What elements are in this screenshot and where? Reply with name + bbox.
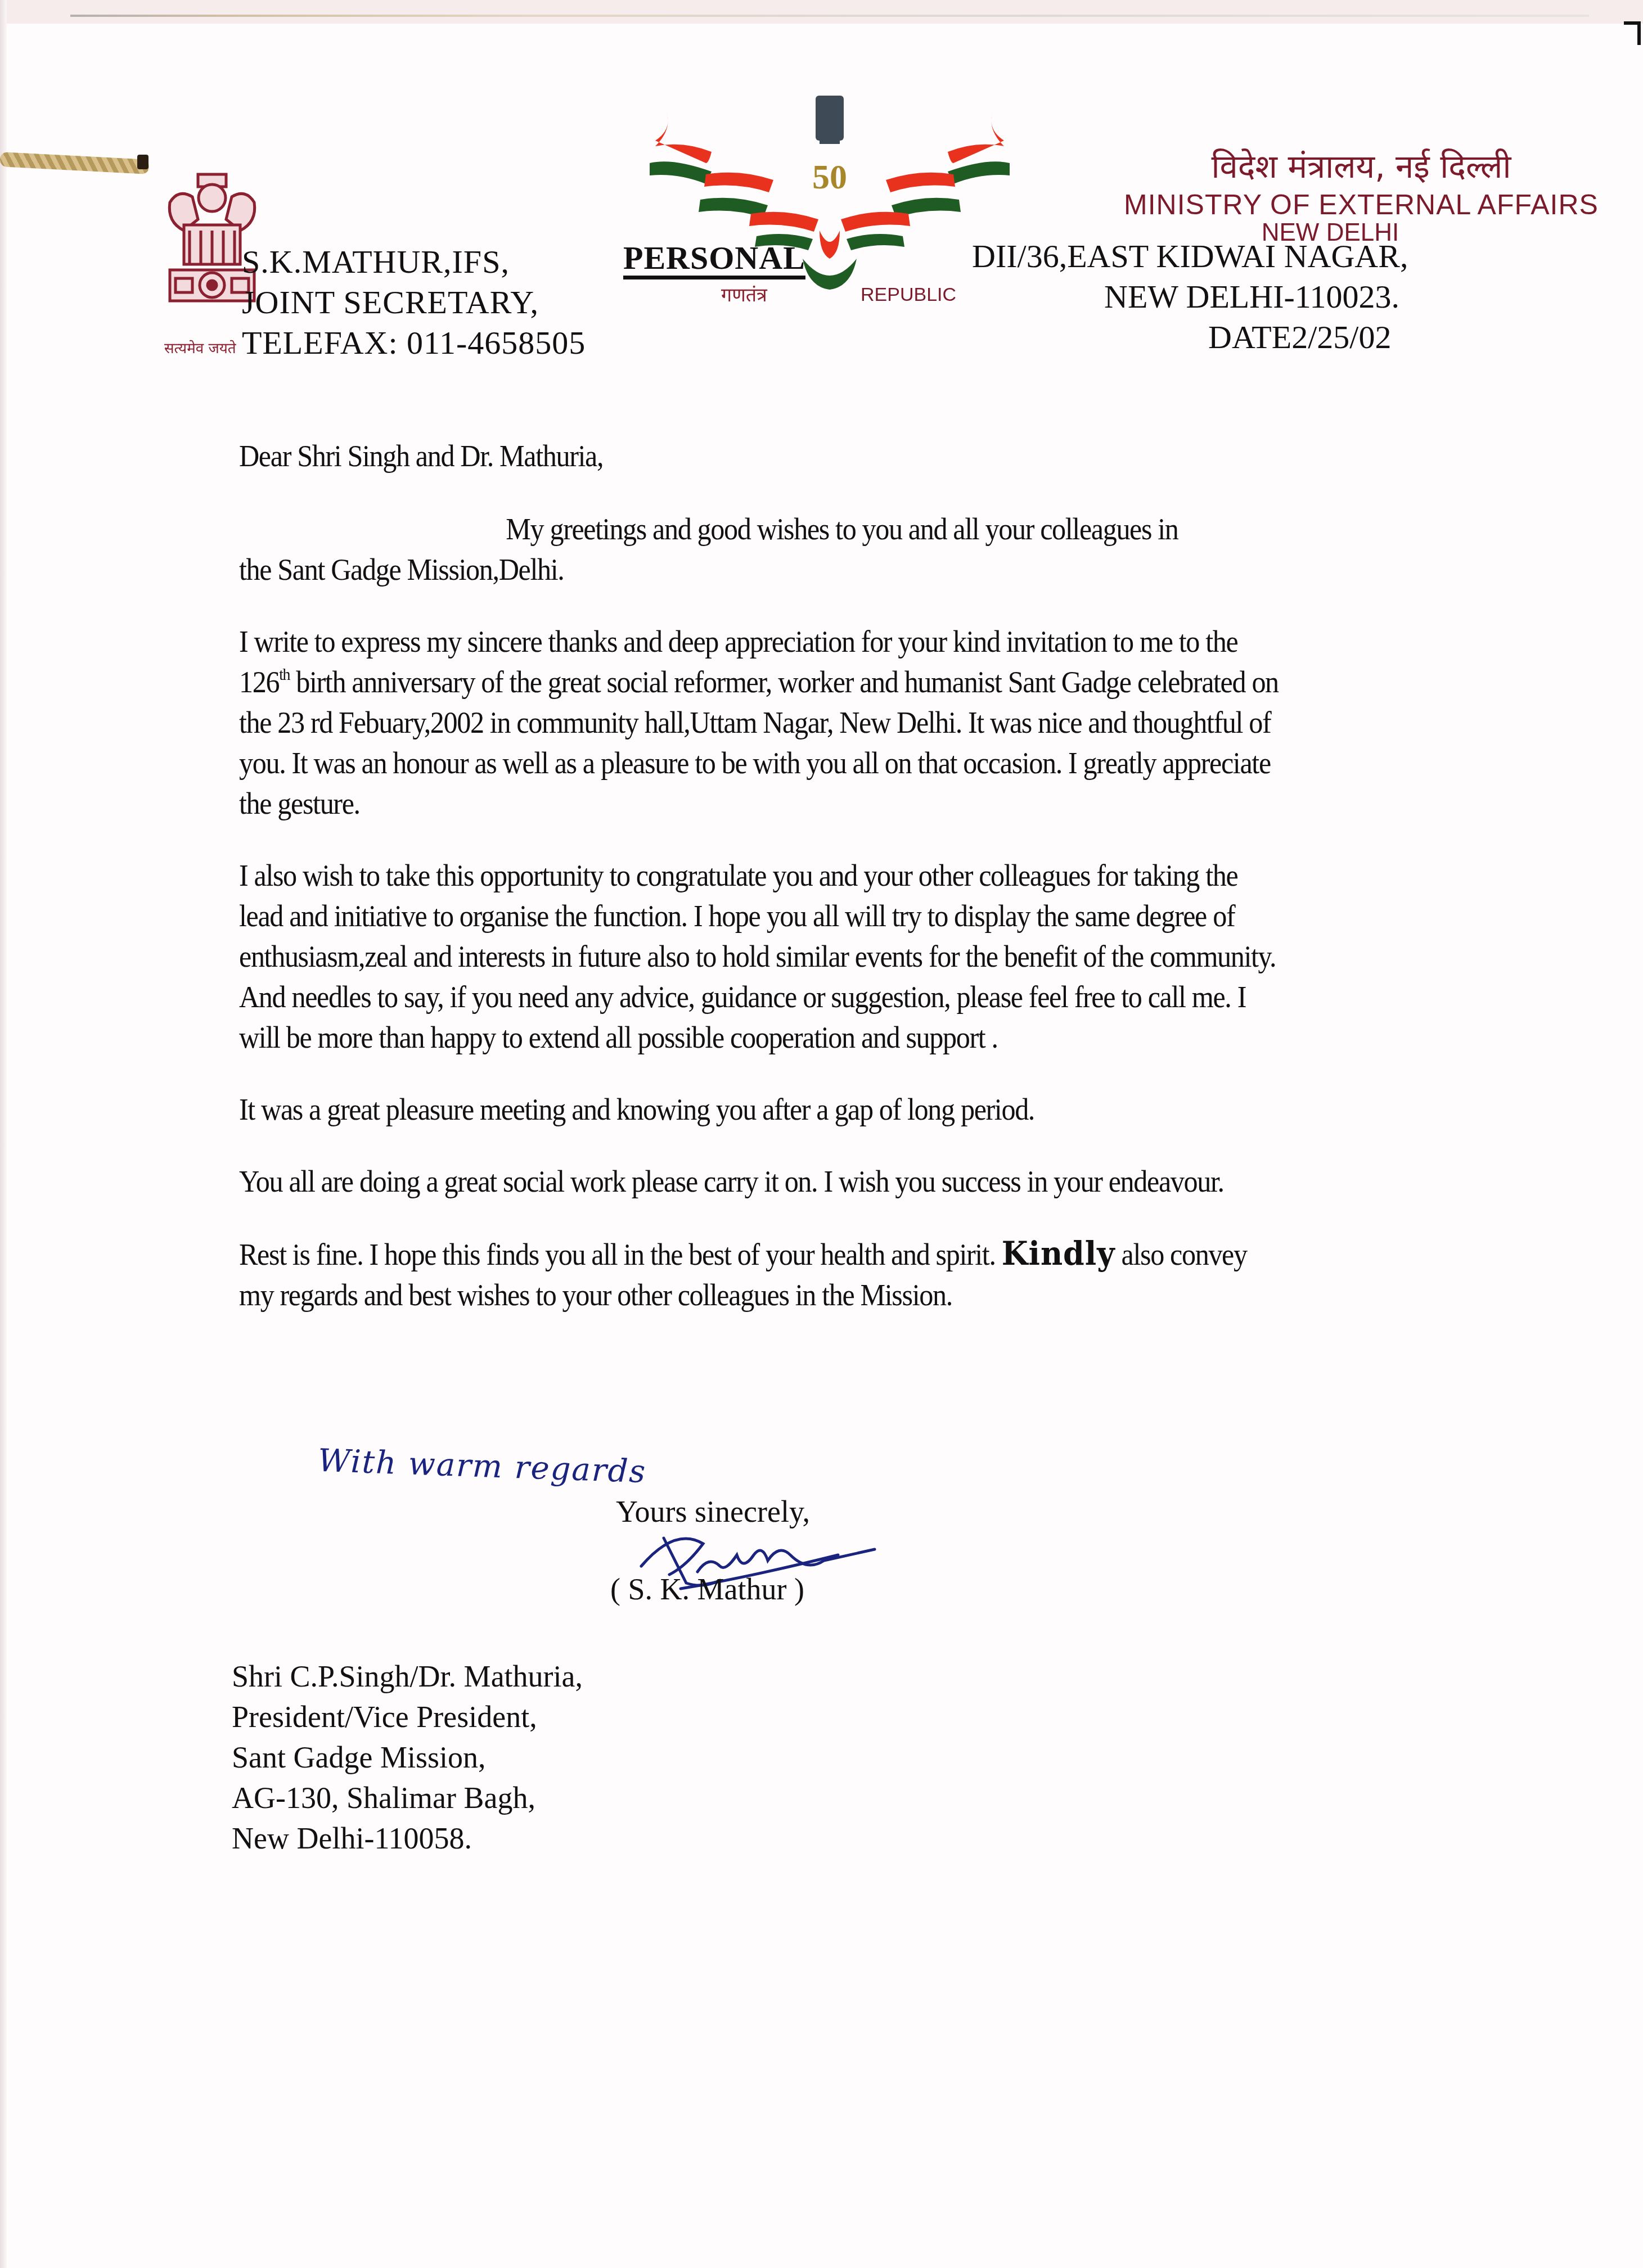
paragraph-closing: Rest is fine. I hope this finds you all …: [239, 1233, 1285, 1315]
logo-hindi-label: गणतंत्र: [721, 281, 767, 307]
ministry-english: MINISTRY OF EXTERNAL AFFAIRS: [1117, 188, 1606, 222]
letter-page: सत्यमेव जयते S.K.MATHUR,IFS, JOINT SECRE…: [0, 0, 1643, 2268]
recipient-line3: Sant Gadge Mission,: [232, 1737, 583, 1778]
para5-text-a: Rest is fine. I hope this finds you all …: [239, 1238, 1002, 1271]
sender-address-line1: DII/36,EAST KIDWAI NAGAR,: [972, 236, 1408, 277]
letter-body: Dear Shri Singh and Dr. Mathuria, My gre…: [239, 436, 1285, 1347]
sender-block: S.K.MATHUR,IFS, JOINT SECRETARY, TELEFAX…: [242, 242, 586, 363]
paragraph-thanks: I write to express my sincere thanks and…: [239, 621, 1285, 824]
logo-english-label: REPUBLIC: [861, 284, 956, 306]
paragraph-congratulations: I also wish to take this opportunity to …: [239, 855, 1285, 1058]
emblem-motto: सत्यमेव जयते: [164, 337, 236, 358]
paper-left-edge: [0, 0, 7, 2268]
greeting-line1: My greetings and good wishes to you and …: [239, 512, 1178, 546]
signer-name: ( S. K. Mathur ): [610, 1569, 804, 1609]
recipient-address: Shri C.P.Singh/Dr. Mathuria, President/V…: [232, 1656, 583, 1859]
kindly-emphasis: Kindly: [1002, 1234, 1115, 1273]
paper-fold-line: [70, 15, 1589, 17]
recipient-line4: AG-130, Shalimar Bagh,: [232, 1778, 583, 1818]
paper-top-fold: [0, 0, 1643, 24]
logo-number: 50: [812, 158, 847, 196]
string-knot-icon: [137, 155, 148, 169]
ordinal-suffix: th: [279, 665, 290, 684]
ministry-header: विदेश मंत्रालय, नई दिल्ली MINISTRY OF EX…: [1117, 145, 1606, 244]
greeting-line2: the Sant Gadge Mission,Delhi.: [239, 553, 564, 587]
binding-string-icon: [0, 152, 149, 174]
paragraph-pleasure: It was a great pleasure meeting and know…: [239, 1089, 1285, 1130]
ministry-hindi: विदेश मंत्रालय, नई दिल्ली: [1117, 145, 1606, 188]
salutation: Dear Shri Singh and Dr. Mathuria,: [239, 436, 1285, 476]
recipient-line5: New Delhi-110058.: [232, 1818, 583, 1859]
letter-date: DATE2/25/02: [1208, 317, 1391, 358]
republic-50-logo-icon: 50: [638, 90, 1021, 315]
recipient-line2: President/Vice President,: [232, 1697, 583, 1737]
corner-clip-icon: [1624, 21, 1641, 45]
sender-name: S.K.MATHUR,IFS,: [242, 242, 586, 282]
recipient-line1: Shri C.P.Singh/Dr. Mathuria,: [232, 1656, 583, 1697]
greeting-paragraph: My greetings and good wishes to you and …: [239, 509, 1285, 590]
sender-address-line2: NEW DELHI-110023.: [1104, 277, 1399, 317]
personal-marking: PERSONAL: [623, 241, 805, 279]
handwritten-note: With warm regards: [317, 1442, 647, 1490]
para1-text-b: birth anniversary of the great social re…: [239, 665, 1279, 820]
sender-title: JOINT SECRETARY,: [242, 282, 586, 323]
paragraph-social-work: You all are doing a great social work pl…: [239, 1161, 1285, 1202]
sender-telefax: TELEFAX: 011-4658505: [242, 323, 586, 363]
